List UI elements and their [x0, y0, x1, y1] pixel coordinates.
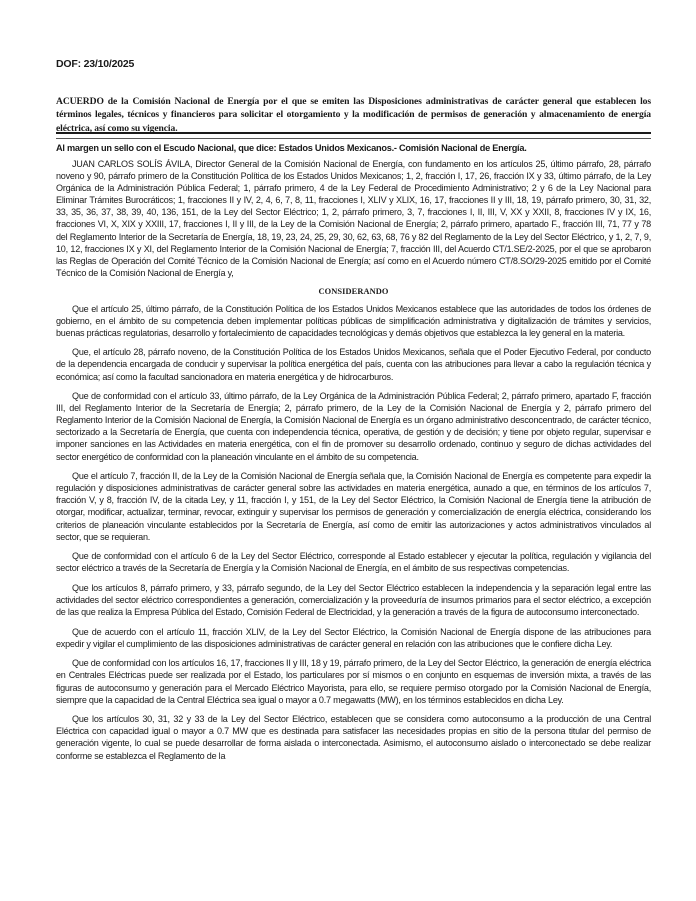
- paragraph: Que el artículo 25, último párrafo, de l…: [56, 303, 651, 339]
- preamble-paragraph: JUAN CARLOS SOLÍS ÁVILA, Director Genera…: [56, 158, 651, 279]
- paragraph: Que el artículo 7, fracción II, de la Le…: [56, 470, 651, 543]
- paragraph: Que de conformidad con los artículos 16,…: [56, 657, 651, 705]
- paragraph: Que los artículos 30, 31, 32 y 33 de la …: [56, 713, 651, 761]
- paragraph: Que de conformidad con el artículo 33, ú…: [56, 390, 651, 463]
- margin-note: Al margen un sello con el Escudo Naciona…: [56, 143, 651, 153]
- section-heading: CONSIDERANDO: [56, 286, 651, 298]
- document-title: ACUERDO de la Comisión Nacional de Energ…: [56, 95, 651, 135]
- paragraph: Que de acuerdo con el artículo 11, fracc…: [56, 626, 651, 650]
- document-body: JUAN CARLOS SOLÍS ÁVILA, Director Genera…: [56, 158, 651, 769]
- dof-date: DOF: 23/10/2025: [56, 58, 134, 70]
- title-rule-thin: [56, 138, 651, 139]
- paragraph: Que, el artículo 28, párrafo noveno, de …: [56, 346, 651, 382]
- paragraph: Que los artículos 8, párrafo primero, y …: [56, 582, 651, 618]
- title-rule-thick: [56, 132, 651, 134]
- paragraph: Que de conformidad con el artículo 6 de …: [56, 550, 651, 574]
